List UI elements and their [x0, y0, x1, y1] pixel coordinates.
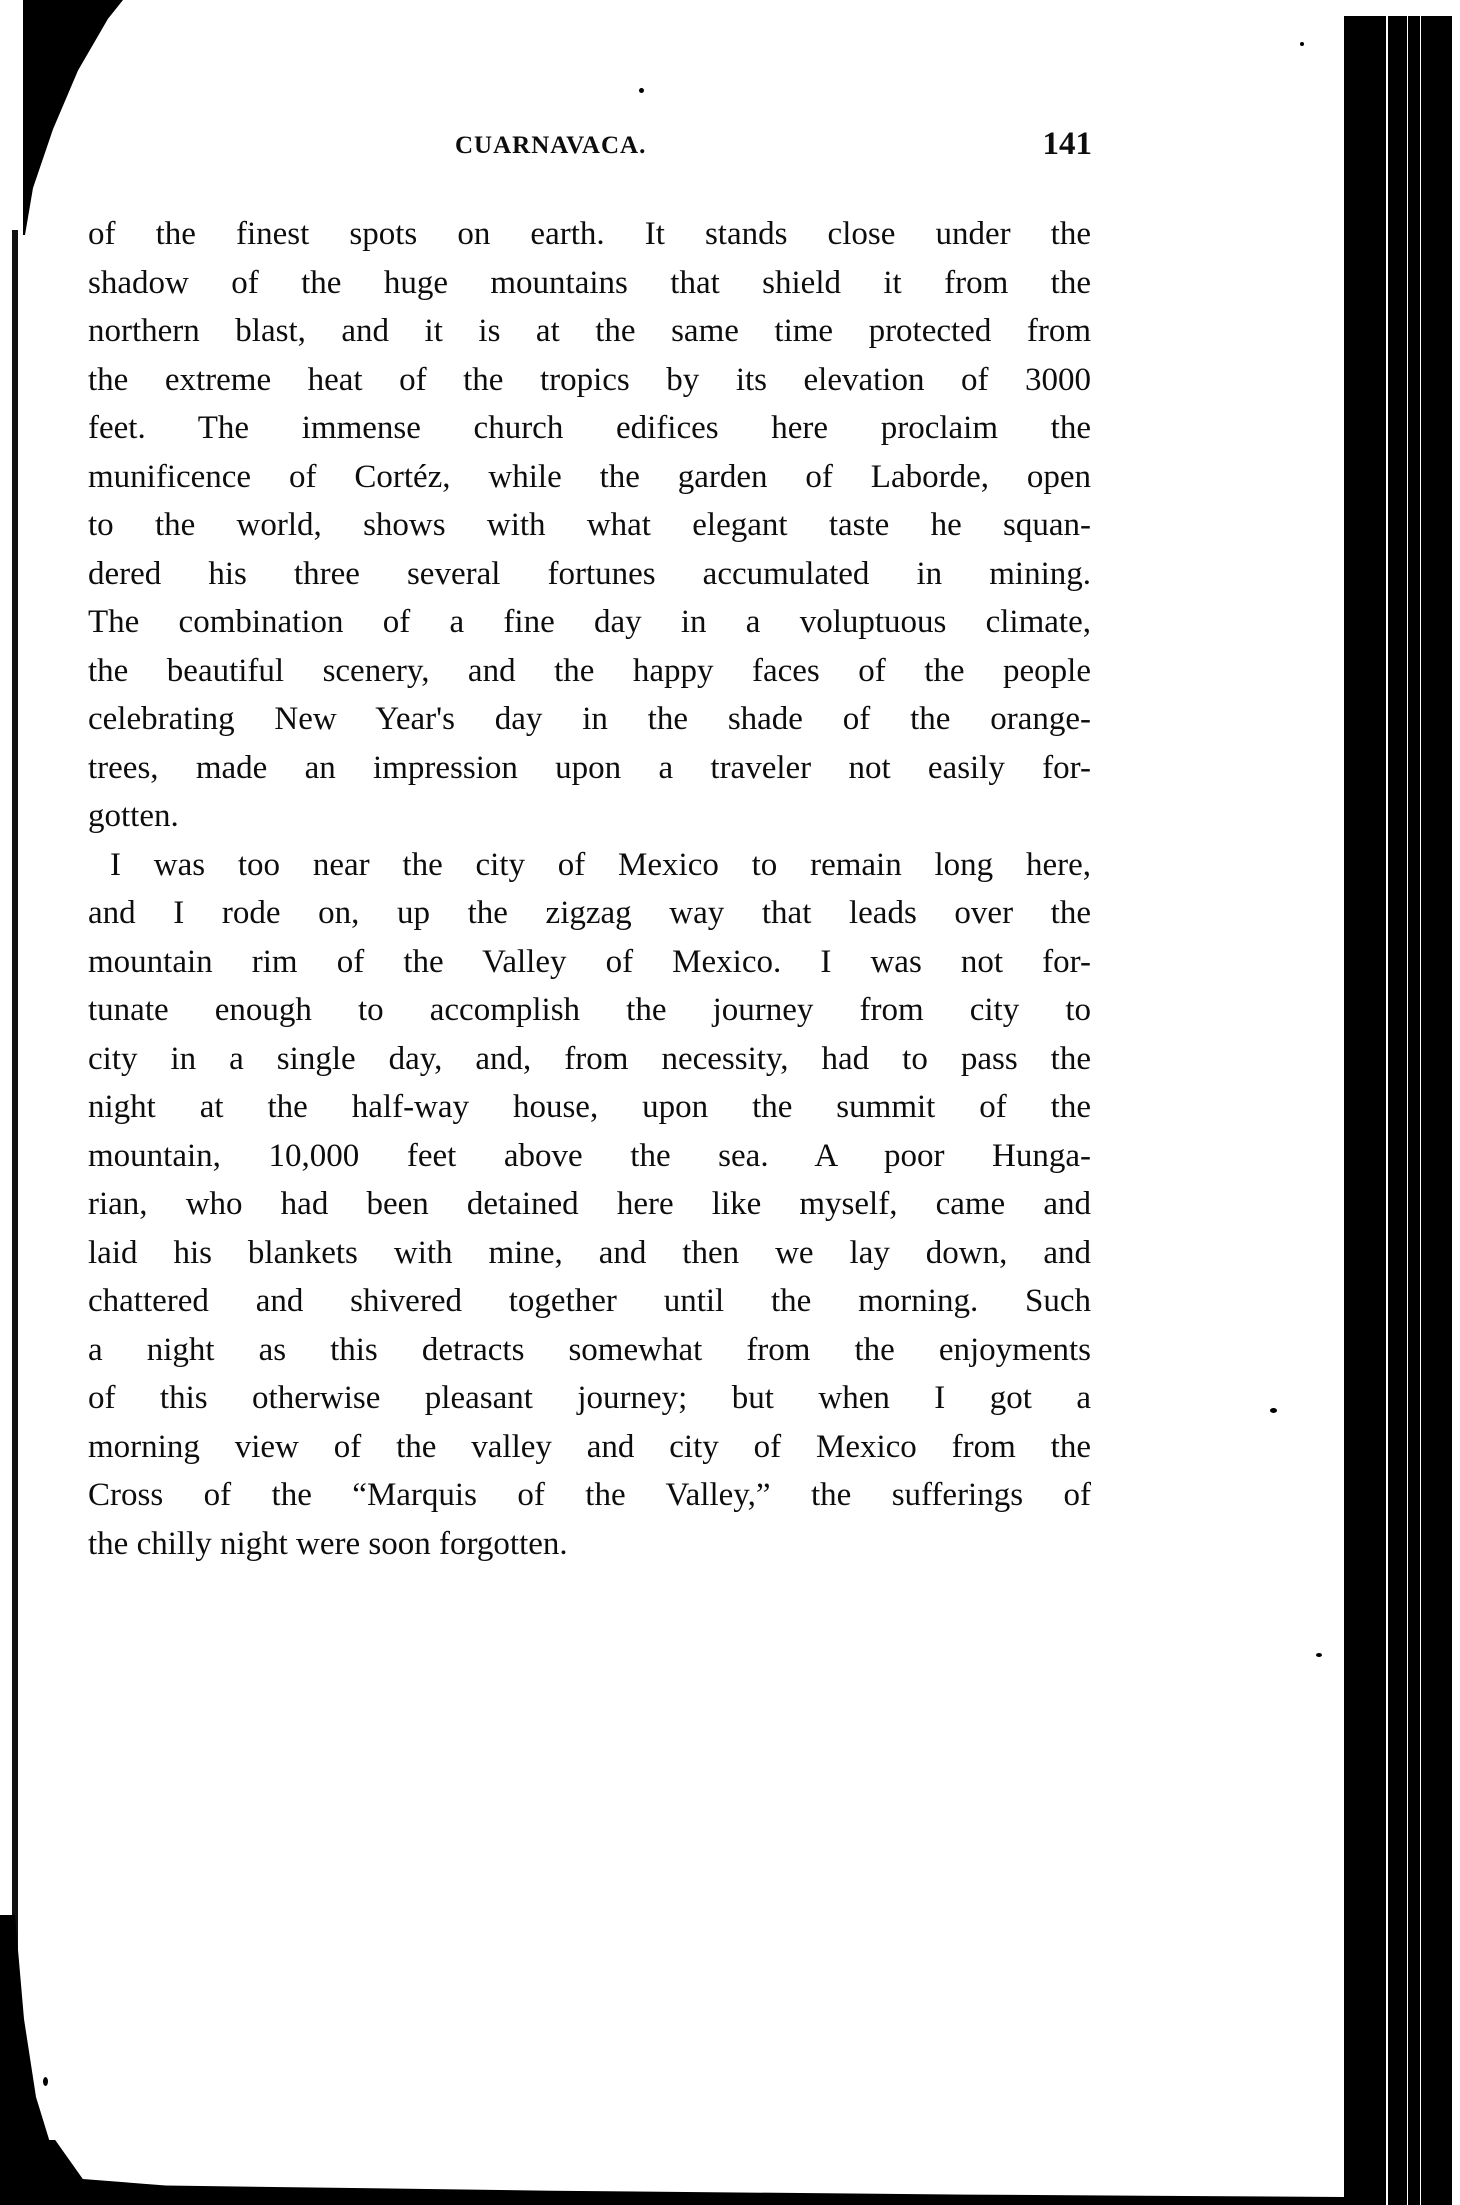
text-line: mountain, 10,000 feet above the sea. A p… — [88, 1132, 1091, 1181]
text-line: Cross of the “Marquis of the Valley,” th… — [88, 1471, 1091, 1520]
paragraph-1: of the finest spots on earth. It stands … — [88, 210, 1091, 841]
text-line: chattered and shivered together until th… — [88, 1277, 1091, 1326]
paragraph-2: I was too near the city of Mexico to rem… — [88, 841, 1091, 1569]
scan-speck — [1316, 1653, 1322, 1657]
scan-speck — [43, 2077, 48, 2086]
text-line: shadow of the huge mountains that shield… — [88, 259, 1091, 308]
text-line: mountain rim of the Valley of Mexico. I … — [88, 938, 1091, 987]
text-line: morning view of the valley and city of M… — [88, 1423, 1091, 1472]
scan-binding-shadow-bottom — [0, 2140, 1380, 2205]
text-line: night at the half-way house, upon the su… — [88, 1083, 1091, 1132]
text-line: rian, who had been detained here like my… — [88, 1180, 1091, 1229]
text-line: laid his blankets with mine, and then we… — [88, 1229, 1091, 1278]
scan-speck — [1300, 42, 1304, 46]
text-line: The combination of a fine day in a volup… — [88, 598, 1091, 647]
running-title: CUARNAVACA. — [455, 132, 646, 160]
text-line: to the world, shows with what elegant ta… — [88, 501, 1091, 550]
running-head: CUARNAVACA. 141 — [455, 132, 1095, 172]
text-line: city in a single day, and, from necessit… — [88, 1035, 1091, 1084]
text-line: feet. The immense church edifices here p… — [88, 404, 1091, 453]
text-line: celebrating New Year's day in the shade … — [88, 695, 1091, 744]
text-line: munificence of Cortéz, while the garden … — [88, 453, 1091, 502]
text-line: a night as this detracts somewhat from t… — [88, 1326, 1091, 1375]
scan-speck — [639, 88, 644, 93]
body-text: of the finest spots on earth. It stands … — [88, 210, 1091, 1568]
text-line: I was too near the city of Mexico to rem… — [88, 841, 1091, 890]
text-line: dered his three several fortunes accumul… — [88, 550, 1091, 599]
text-line: the extreme heat of the tropics by its e… — [88, 356, 1091, 405]
text-line: of this otherwise pleasant journey; but … — [88, 1374, 1091, 1423]
scan-binding-edge-left — [12, 230, 18, 2080]
scan-speck — [1270, 1408, 1277, 1413]
text-line: northern blast, and it is at the same ti… — [88, 307, 1091, 356]
text-line: and I rode on, up the zigzag way that le… — [88, 889, 1091, 938]
text-line: gotten. — [88, 792, 1091, 841]
scan-binding-shadow-bottom-left — [0, 1915, 60, 2175]
text-line: tunate enough to accomplish the journey … — [88, 986, 1091, 1035]
scan-binding-shadow-top-left — [23, 0, 123, 235]
text-line: trees, made an impression upon a travele… — [88, 744, 1091, 793]
scan-gutter-right — [1344, 16, 1452, 2205]
text-line: the chilly night were soon forgotten. — [88, 1520, 1091, 1569]
text-line: the beautiful scenery, and the happy fac… — [88, 647, 1091, 696]
page-number: 141 — [1043, 126, 1093, 163]
text-line: of the finest spots on earth. It stands … — [88, 210, 1091, 259]
